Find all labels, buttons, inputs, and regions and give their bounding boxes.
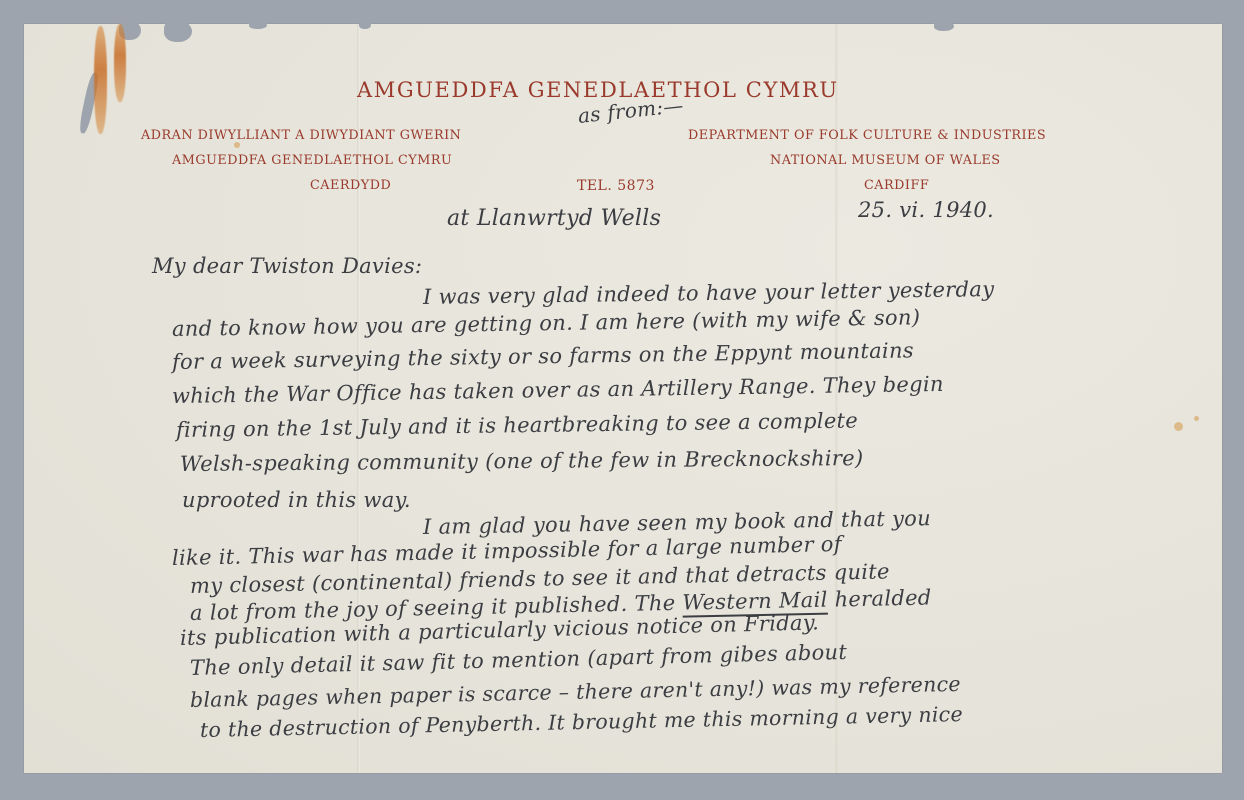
location-annotation: at Llanwrtyd Wells [447, 206, 661, 231]
letterhead-welsh-museum: AMGUEDDFA GENEDLAETHOL CYMRU [172, 153, 452, 168]
letterhead-english-city: CARDIFF [864, 178, 929, 193]
letterhead-english-museum: NATIONAL MUSEUM OF WALES [770, 153, 1001, 168]
letter-line-text: heralded [834, 585, 931, 611]
paper-tear [934, 21, 954, 31]
rust-stain [94, 26, 107, 134]
paper-tear [249, 21, 267, 29]
letter-line: uprooted in this way. [182, 488, 411, 512]
rust-spot [1194, 416, 1199, 421]
rust-spot [1174, 422, 1183, 431]
letterhead-title: AMGUEDDFA GENEDLAETHOL CYMRU [357, 78, 839, 102]
letterhead-welsh-city: CAERDYDD [310, 178, 391, 193]
letterhead-telephone: TEL. 5873 [577, 178, 655, 194]
letterhead-welsh-department: ADRAN DIWYLLIANT A DIWYDIANT GWERIN [141, 128, 461, 143]
date-annotation: 25. vi. 1940. [858, 198, 994, 222]
paper-tear [359, 21, 371, 29]
salutation: My dear Twiston Davies: [152, 254, 422, 278]
rust-stain [114, 24, 126, 102]
letterhead-english-department: DEPARTMENT OF FOLK CULTURE & INDUSTRIES [688, 128, 1046, 143]
paper-tear [164, 20, 192, 42]
